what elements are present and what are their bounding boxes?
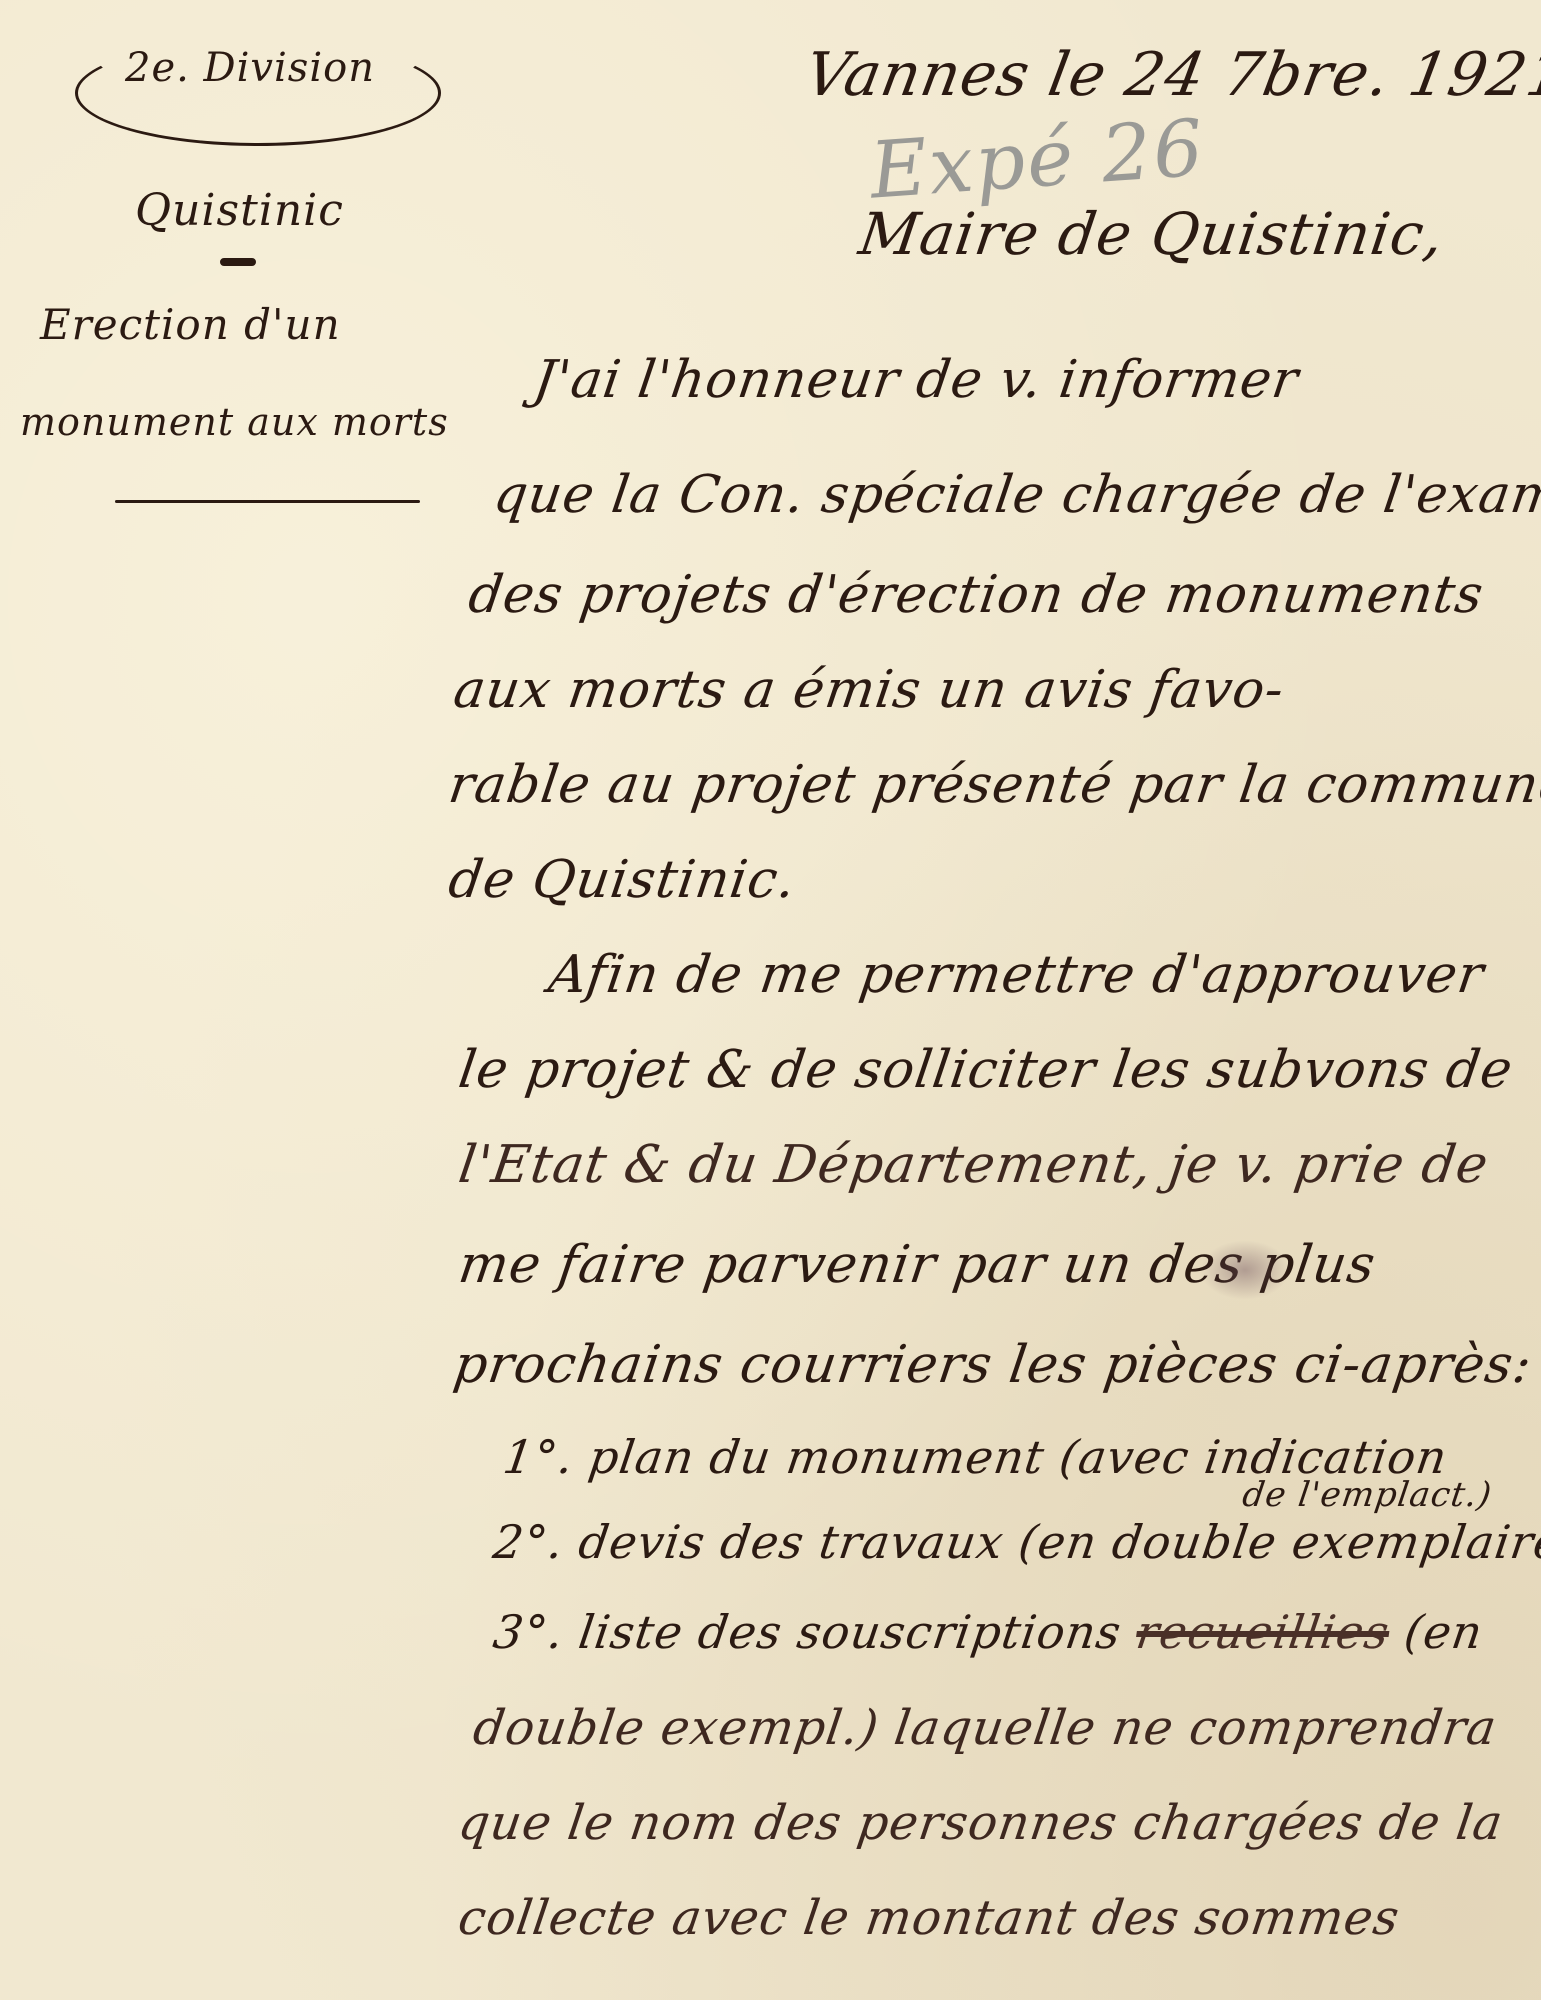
struck-word: recueillies: [1133, 1605, 1393, 1659]
subject-line-2: monument aux morts: [20, 400, 449, 444]
ink-smudge: [1200, 1240, 1290, 1300]
place-date: Vannes le 24 7bre. 1921.: [800, 40, 1541, 110]
body-line: de Quistinic.: [445, 850, 800, 910]
list-text: devis des travaux (en double exemplaire): [576, 1515, 1541, 1569]
body-line: collecte avec le montant des sommes: [455, 1890, 1403, 1946]
body-line: des projets d'érection de monuments: [465, 565, 1487, 625]
letter-page: 2e. Division Quistinic Erection d'un mon…: [0, 0, 1541, 2000]
margin-separator: [220, 258, 256, 266]
body-line: rable au projet présenté par la commune: [445, 755, 1541, 815]
body-line: l'Etat & du Département, je v. prie de: [455, 1135, 1492, 1195]
list-marker: 3°.: [490, 1605, 567, 1659]
body-line: aux morts a émis un avis favo-: [450, 660, 1288, 720]
body-line: double exempl.) laquelle ne comprendra: [470, 1700, 1500, 1756]
body-line: le projet & de solliciter les subvons de: [455, 1040, 1517, 1100]
division-label: 2e. Division: [125, 45, 375, 91]
addressee: Maire de Quistinic,: [855, 200, 1448, 268]
list-item-1-note: de l'emplact.): [1240, 1475, 1495, 1515]
list-marker: 2°.: [490, 1515, 567, 1569]
body-line: que le nom des personnes chargées de la: [455, 1795, 1507, 1851]
body-line: que la Con. spéciale chargée de l'examen: [490, 465, 1541, 525]
list-text-tail: (en: [1401, 1605, 1486, 1659]
list-text: liste des souscriptions: [576, 1605, 1125, 1659]
list-marker: 1°.: [500, 1430, 577, 1484]
subject-line-1: Erection d'un: [40, 300, 341, 349]
commune-name: Quistinic: [135, 185, 344, 236]
margin-underline: [115, 500, 420, 503]
body-line: Afin de me permettre d'approuver: [545, 945, 1488, 1005]
body-line: prochains courriers les pièces ci-après:: [450, 1335, 1536, 1395]
body-line: J'ai l'honneur de v. informer: [530, 350, 1302, 410]
list-item-3: 3°. liste des souscriptions recueillies …: [490, 1605, 1486, 1659]
list-item-2: 2°. devis des travaux (en double exempla…: [490, 1515, 1541, 1569]
